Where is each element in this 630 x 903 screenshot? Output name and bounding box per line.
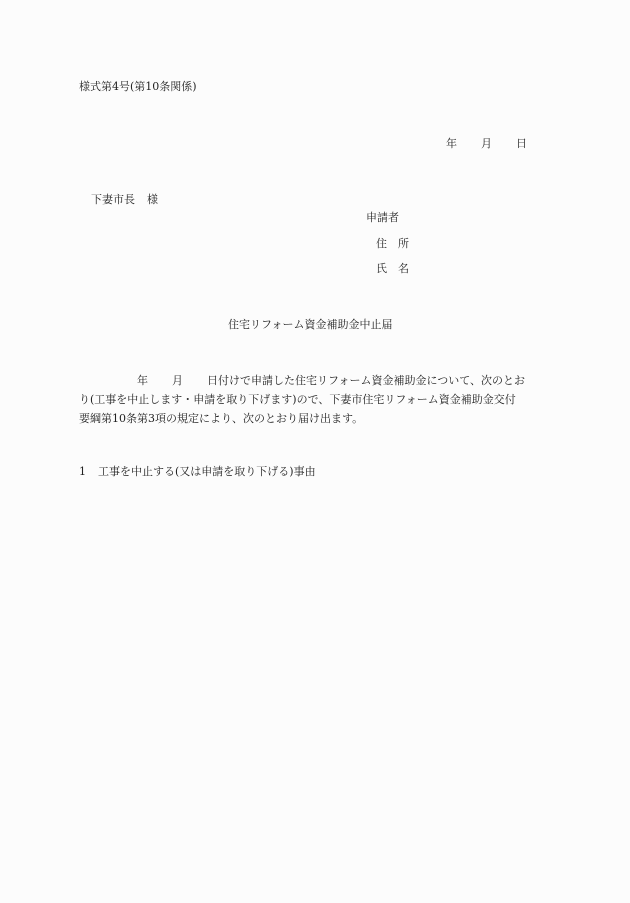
- addressee: 下妻市長様: [91, 193, 158, 207]
- applicant-address-label: 住所: [376, 237, 409, 251]
- section-1-heading: 1工事を中止する(又は申請を取り下げる)事由: [79, 465, 316, 479]
- form-number: 様式第4号(第10条関係): [79, 80, 197, 94]
- applicant-label: 申請者: [366, 211, 399, 225]
- date-year-label: 年: [446, 137, 457, 150]
- date-day-label: 日: [516, 137, 527, 150]
- section-number: 1: [79, 465, 86, 478]
- addressee-name: 下妻市長: [91, 193, 135, 206]
- date-line: 年月日: [446, 137, 527, 151]
- addressee-honorific: 様: [147, 193, 158, 206]
- section-heading-text: 工事を中止する(又は申請を取り下げる)事由: [98, 465, 316, 478]
- date-month-label: 月: [481, 137, 492, 150]
- body-paragraph: 年月日付けで申請した住宅リフォーム資金補助金について、次のとお り(工事を中止し…: [79, 371, 553, 428]
- body-line-3: 要綱第10条第3項の規定により、次のとおり届け出ます。: [79, 409, 553, 428]
- body-line-1: 年月日付けで申請した住宅リフォーム資金補助金について、次のとお: [79, 371, 553, 390]
- applicant-name-label: 氏名: [376, 262, 409, 276]
- body-line-2: り(工事を中止します・申請を取り下げます)ので、下妻市住宅リフォーム資金補助金交…: [79, 390, 553, 409]
- document-title: 住宅リフォーム資金補助金中止届: [228, 318, 392, 332]
